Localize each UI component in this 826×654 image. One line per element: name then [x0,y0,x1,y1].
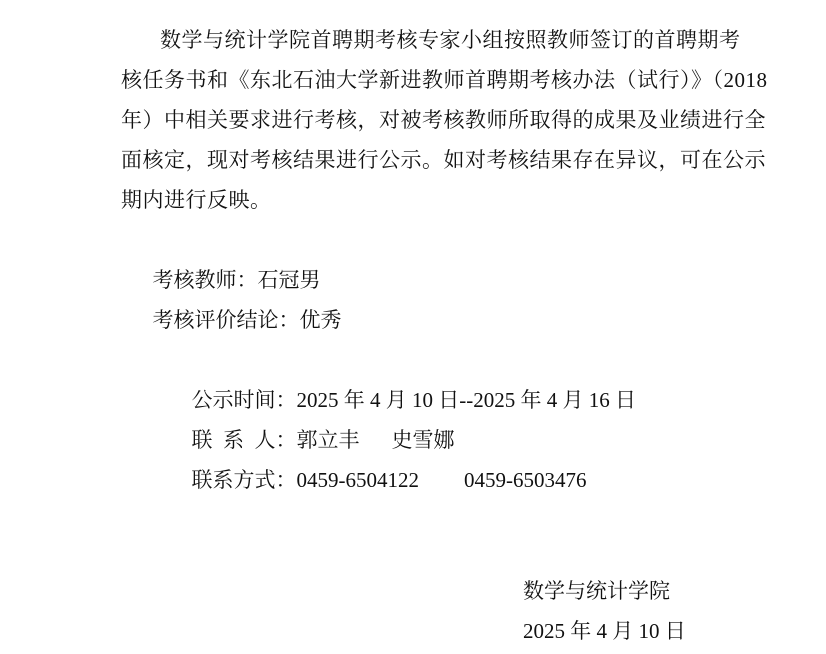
paragraph-line-2: 核任务书和《东北石油大学新进教师首聘期考核办法（试行）》（2018 [121,60,717,100]
publicity-period-line: 公示时间：2025 年 4 月 10 日--2025 年 4 月 16 日 [121,340,717,380]
contact-phone-label: 联系方式： [192,468,297,492]
publicity-period-label: 公示时间： [192,388,297,412]
paragraph-line-5: 期内进行反映。 [121,180,717,220]
conclusion-value: 优秀 [300,308,342,332]
paragraph-line-1: 数学与统计学院首聘期考核专家小组按照教师签订的首聘期考 [121,20,717,60]
contact-person-name-2: 史雪娜 [392,428,455,452]
contact-person-label: 联 系 人： [192,428,297,452]
body-text-block: 数学与统计学院首聘期考核专家小组按照教师签订的首聘期考 核任务书和《东北石油大学… [121,20,717,300]
signature-block: 数学与统计学院 2025 年 4 月 10 日 [523,571,686,651]
teacher-label: 考核教师： [153,268,258,292]
conclusion-label: 考核评价结论： [153,308,300,332]
signature-org: 数学与统计学院 [523,571,686,611]
teacher-line: 考核教师：石冠男 [121,220,717,260]
publicity-period-value: 2025 年 4 月 10 日--2025 年 4 月 16 日 [297,388,637,412]
notice-block: 公示时间：2025 年 4 月 10 日--2025 年 4 月 16 日 联 … [121,340,717,460]
contact-phone-number-1: 0459-6504122 [297,468,420,492]
teacher-name: 石冠男 [258,268,321,292]
document-page: 数学与统计学院首聘期考核专家小组按照教师签订的首聘期考 核任务书和《东北石油大学… [0,0,826,654]
contact-person-name-1: 郭立丰 [297,428,360,452]
paragraph-line-4: 面核定，现对考核结果进行公示。如对考核结果存在异议，可在公示 [121,140,717,180]
contact-phone-number-2: 0459-6503476 [464,468,587,492]
signature-date: 2025 年 4 月 10 日 [523,611,686,651]
paragraph-line-3: 年）中相关要求进行考核，对被考核教师所取得的成果及业绩进行全 [121,100,717,140]
